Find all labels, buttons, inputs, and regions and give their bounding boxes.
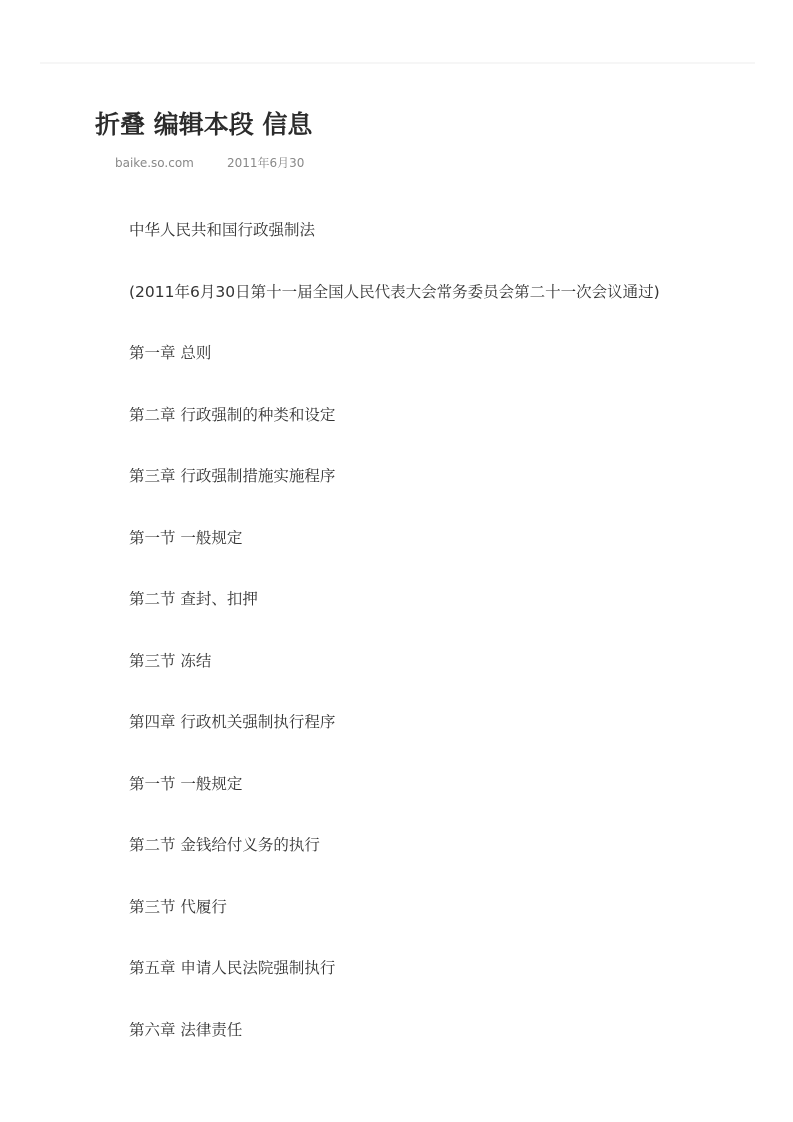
toc-chapter-3-section-2: 第二节 查封、扣押 (129, 588, 749, 650)
toc-chapter-4: 第四章 行政机关强制执行程序 (129, 711, 749, 773)
source-link[interactable]: baike.so.com (115, 155, 194, 171)
publish-date: 2011年6月30 (227, 155, 304, 171)
toc-chapter-1: 第一章 总则 (129, 342, 749, 404)
toc-chapter-4-section-1: 第一节 一般规定 (129, 773, 749, 835)
law-title: 中华人民共和国行政强制法 (129, 219, 749, 281)
toc-chapter-2: 第二章 行政强制的种类和设定 (129, 404, 749, 466)
top-divider (40, 62, 755, 64)
adoption-note: (2011年6月30日第十一届全国人民代表大会常务委员会第二十一次会议通过) (129, 281, 749, 343)
toc-chapter-6: 第六章 法律责任 (129, 1019, 749, 1081)
toc-chapter-3-section-3: 第三节 冻结 (129, 650, 749, 712)
article-title: 折叠 编辑本段 信息 (95, 108, 312, 142)
article-body: 中华人民共和国行政强制法 (2011年6月30日第十一届全国人民代表大会常务委员… (129, 219, 749, 1080)
toc-chapter-4-section-3: 第三节 代履行 (129, 896, 749, 958)
toc-chapter-4-section-2: 第二节 金钱给付义务的执行 (129, 834, 749, 896)
toc-chapter-3-section-1: 第一节 一般规定 (129, 527, 749, 589)
toc-chapter-3: 第三章 行政强制措施实施程序 (129, 465, 749, 527)
toc-chapter-5: 第五章 申请人民法院强制执行 (129, 957, 749, 1019)
